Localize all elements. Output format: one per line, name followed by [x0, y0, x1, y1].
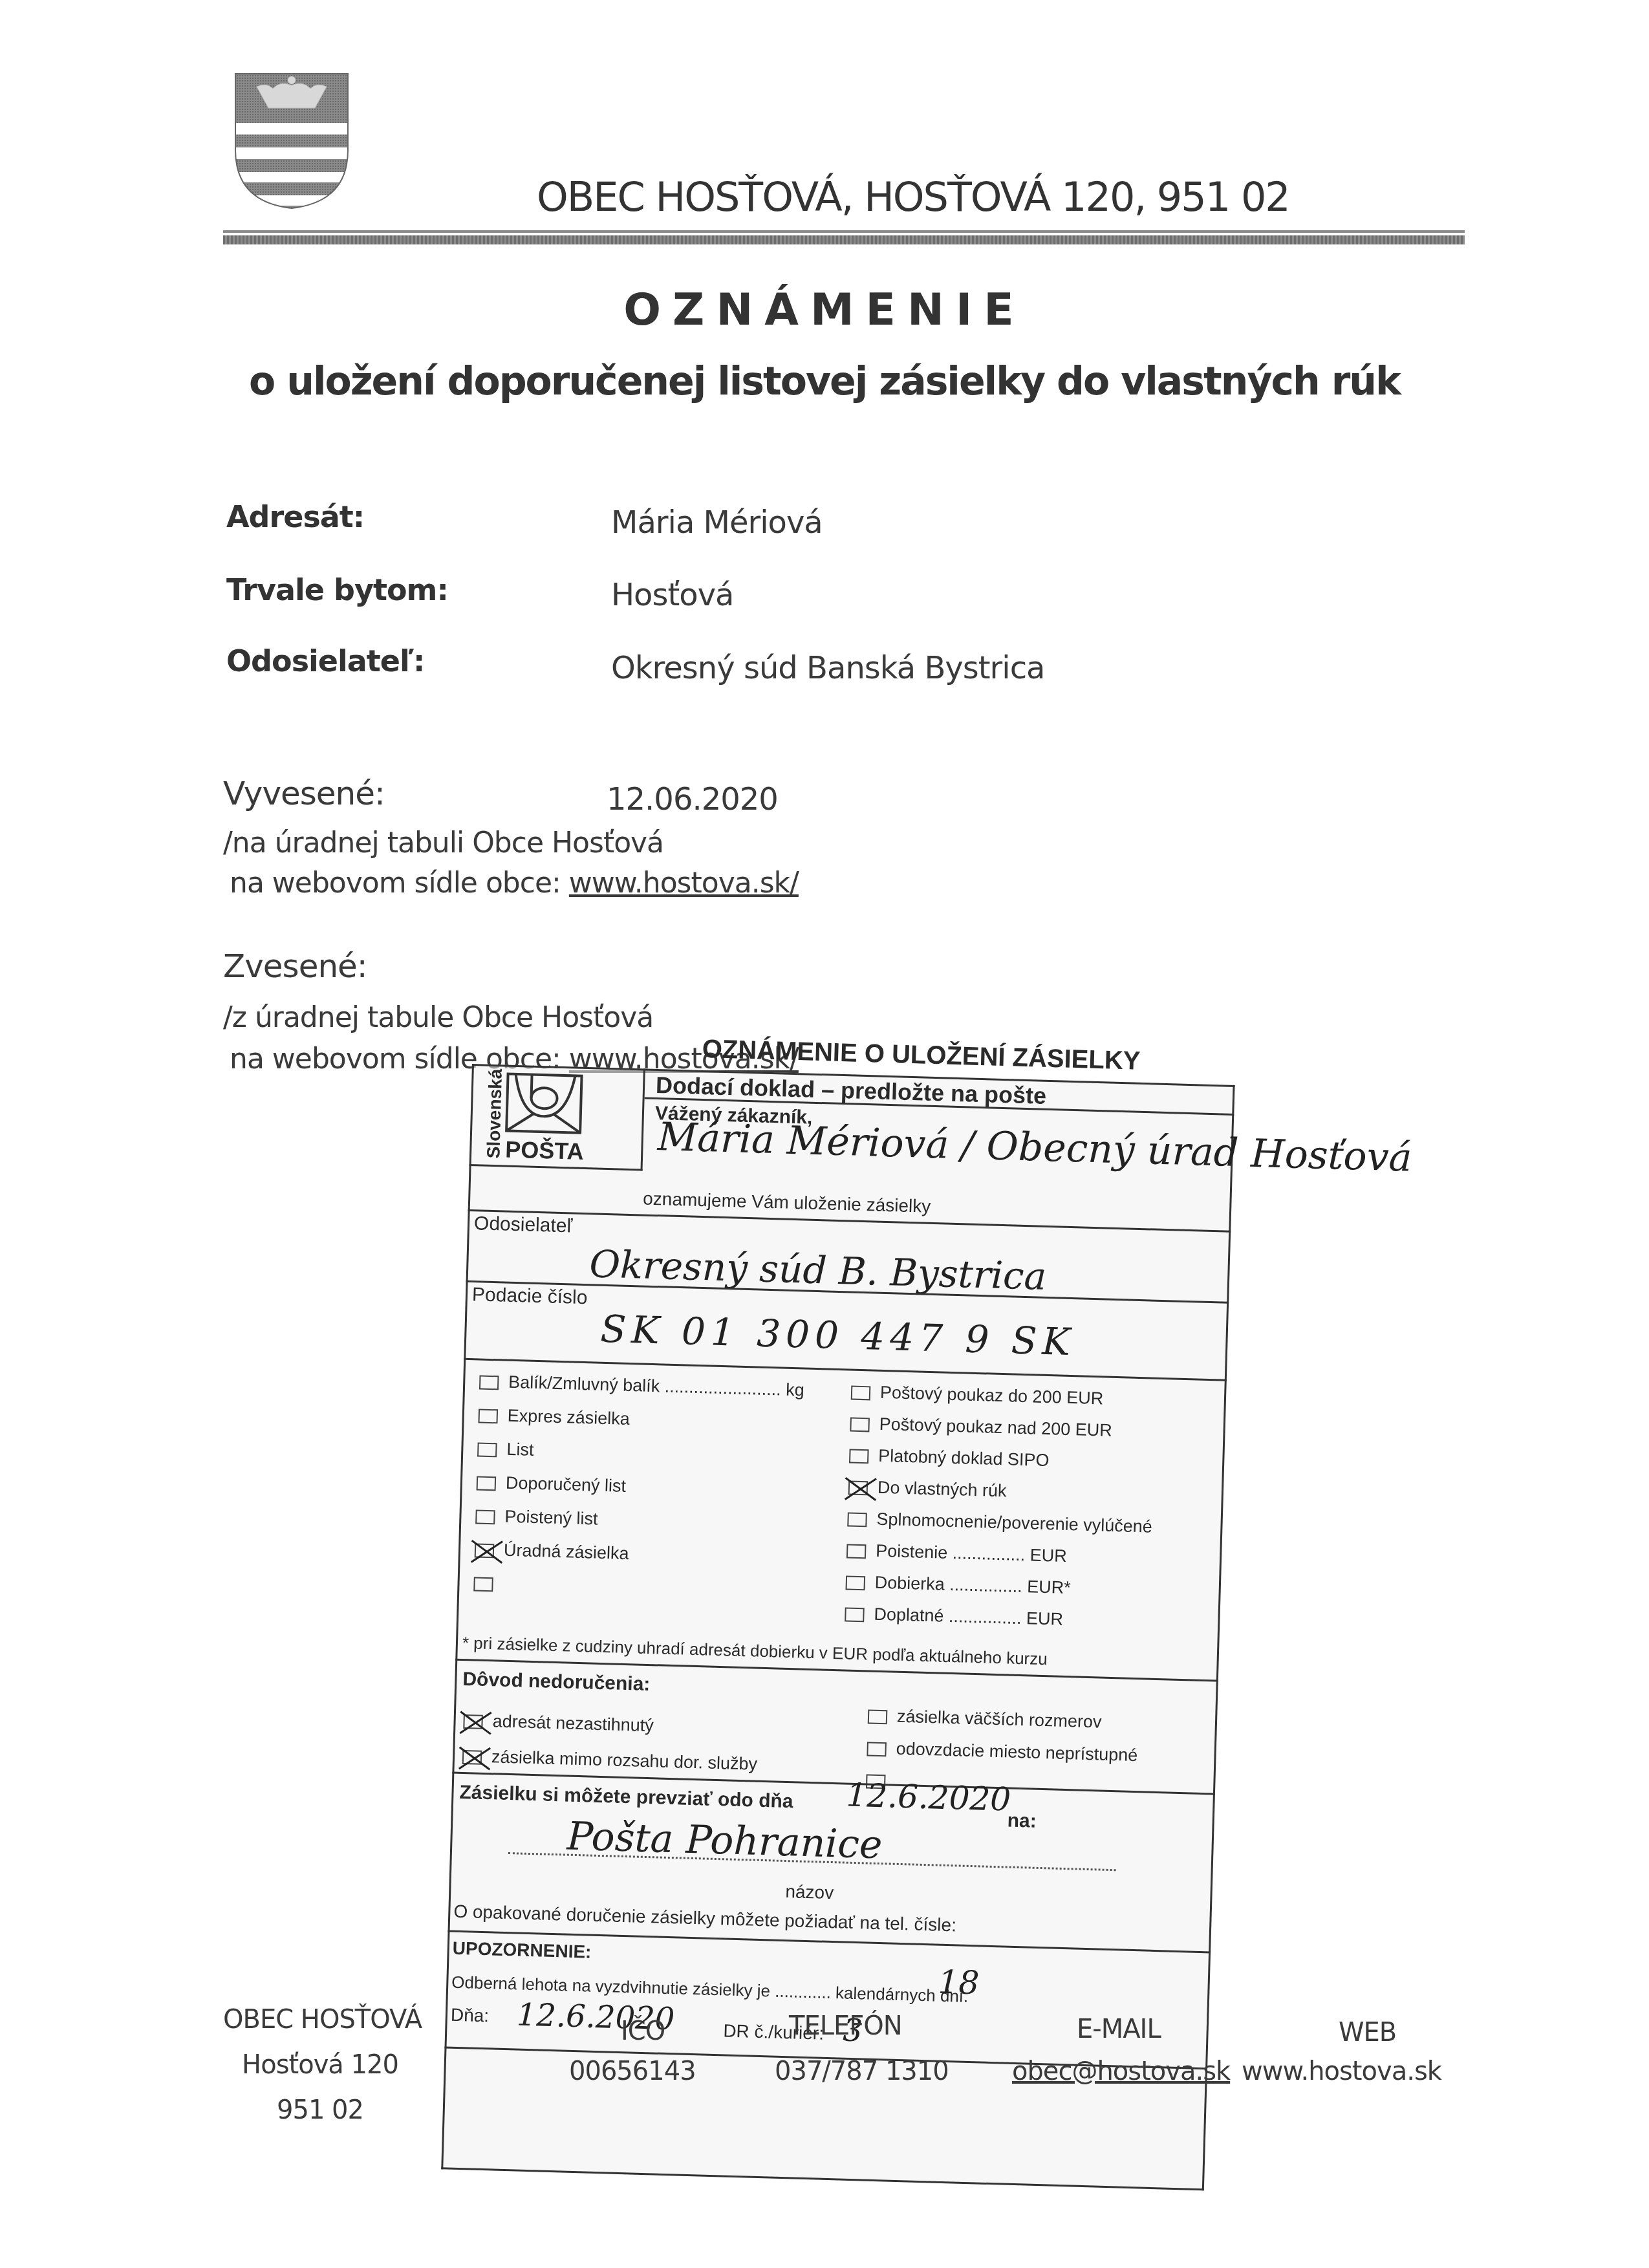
- addressee-label: Adresát:: [226, 499, 364, 534]
- addressee-value: Mária Mériová: [611, 504, 823, 541]
- footer-web-value: www.hostova.sk: [1242, 2057, 1441, 2086]
- footer-phone-label: TELEFÓN: [789, 2011, 902, 2041]
- sender-label: Odosielateľ:: [226, 643, 424, 678]
- sender-value: Okresný súd Banská Bystrica: [611, 650, 1044, 686]
- posted-web-link[interactable]: www.hostova.sk/: [569, 867, 799, 900]
- posted-label: Vyvesené:: [223, 775, 385, 812]
- letterhead-rule: [223, 230, 1465, 233]
- posted-date: 12.06.2020: [607, 781, 778, 817]
- removed-label: Zvesené:: [223, 947, 367, 985]
- footer-web-label: WEB: [1339, 2018, 1396, 2047]
- footer-ico-value: 00656143: [569, 2057, 696, 2086]
- posthorn-envelope-icon: [501, 1070, 587, 1137]
- letterhead-address: OBEC HOSŤOVÁ, HOSŤOVÁ 120, 951 02: [537, 173, 1289, 221]
- footer-ico-label: IČO: [621, 2016, 665, 2046]
- footer-phone-value: 037/787 1310: [775, 2057, 949, 2086]
- residence-value: Hosťová: [611, 577, 733, 613]
- residence-label: Trvale bytom:: [226, 572, 448, 607]
- document-subtitle: o uložení doporučenej listovej zásielky …: [0, 359, 1649, 404]
- posta-logo: Slovenská POŠTA: [469, 1064, 645, 1171]
- slip-bottom-rule: [444, 1930, 1211, 2069]
- coat-of-arms-icon: [234, 72, 349, 210]
- posted-web-prefix: na webovom sídle obce:: [230, 867, 569, 900]
- posted-board-line: /na úradnej tabuli Obce Hosťová: [223, 826, 663, 859]
- posted-web-line: na webovom sídle obce: www.hostova.sk/: [230, 867, 799, 900]
- slip-rule: [448, 1772, 1215, 1954]
- letterhead-rule-thick: [223, 235, 1465, 244]
- slip-rule: [455, 1358, 1227, 1682]
- footer-org-zip: 951 02: [223, 2095, 417, 2125]
- removed-board-line: /z úradnej tabule Obce Hosťová: [223, 1001, 653, 1034]
- footer-org-street: Hosťová 120: [223, 2050, 417, 2080]
- footer-email-link[interactable]: obec@hostova.sk: [1012, 2057, 1230, 2086]
- footer-org-name: OBEC HOSŤOVÁ: [223, 2005, 417, 2035]
- logo-text: POŠTA: [505, 1136, 584, 1165]
- footer-email-label: E-MAIL: [1077, 2014, 1161, 2044]
- document-title: OZNÁMENIE: [0, 285, 1649, 336]
